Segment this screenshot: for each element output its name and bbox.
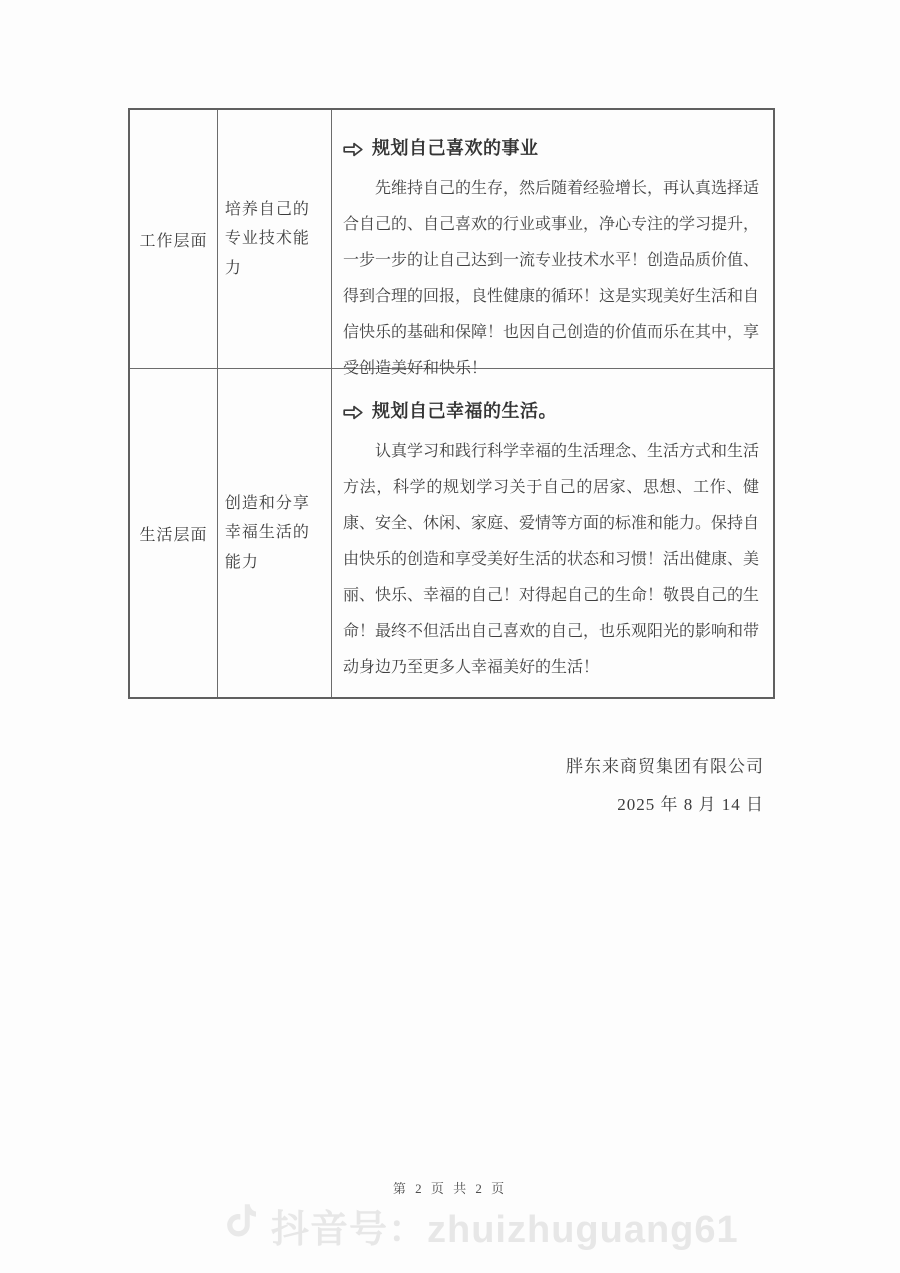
content-heading: 规划自己幸福的生活。 [343, 399, 759, 423]
signature-block: 胖东来商贸集团有限公司 2025 年 8 月 14 日 [566, 748, 764, 824]
douyin-note-icon [224, 1201, 256, 1251]
open-right-arrow-icon [343, 405, 363, 420]
ability-label: 创造和分享幸福生活的能力 [225, 489, 324, 578]
table-cell-layer-life: 生活层面 [130, 369, 218, 697]
signature-date: 2025 年 8 月 14 日 [566, 786, 764, 824]
table-cell-ability-life: 创造和分享幸福生活的能力 [218, 369, 332, 697]
capability-table: 工作层面 培养自己的专业技术能力 规划自己喜欢的事业 先维持自己的生存，然后随着… [128, 108, 775, 699]
open-right-arrow-icon [343, 142, 363, 157]
content-paragraph: 先维持自己的生存，然后随着经验增长，再认真选择适合自己的、自己喜欢的行业或事业，… [343, 171, 759, 387]
watermark: 抖音号：zhuizhuguang61 [224, 1198, 739, 1253]
layer-label: 工作层面 [139, 228, 207, 251]
table-cell-layer-work: 工作层面 [130, 110, 218, 369]
ability-label: 培养自己的专业技术能力 [225, 195, 324, 284]
document-page: 工作层面 培养自己的专业技术能力 规划自己喜欢的事业 先维持自己的生存，然后随着… [0, 0, 900, 1273]
table-cell-content-life: 规划自己幸福的生活。 认真学习和践行科学幸福的生活理念、生活方式和生活方法，科学… [332, 369, 773, 697]
company-name: 胖东来商贸集团有限公司 [566, 748, 764, 786]
content-heading: 规划自己喜欢的事业 [343, 136, 759, 160]
watermark-text: 抖音号：zhuizhuguang61 [271, 1198, 739, 1253]
table-cell-ability-work: 培养自己的专业技术能力 [218, 110, 332, 369]
page-number: 第 2 页 共 2 页 [0, 1178, 900, 1197]
content-paragraph: 认真学习和践行科学幸福的生活理念、生活方式和生活方法，科学的规划学习关于自己的居… [343, 434, 759, 686]
layer-label: 生活层面 [139, 522, 207, 545]
content-heading-text: 规划自己喜欢的事业 [372, 136, 539, 160]
table-cell-content-work: 规划自己喜欢的事业 先维持自己的生存，然后随着经验增长，再认真选择适合自己的、自… [332, 110, 773, 369]
content-heading-text: 规划自己幸福的生活。 [372, 399, 557, 423]
